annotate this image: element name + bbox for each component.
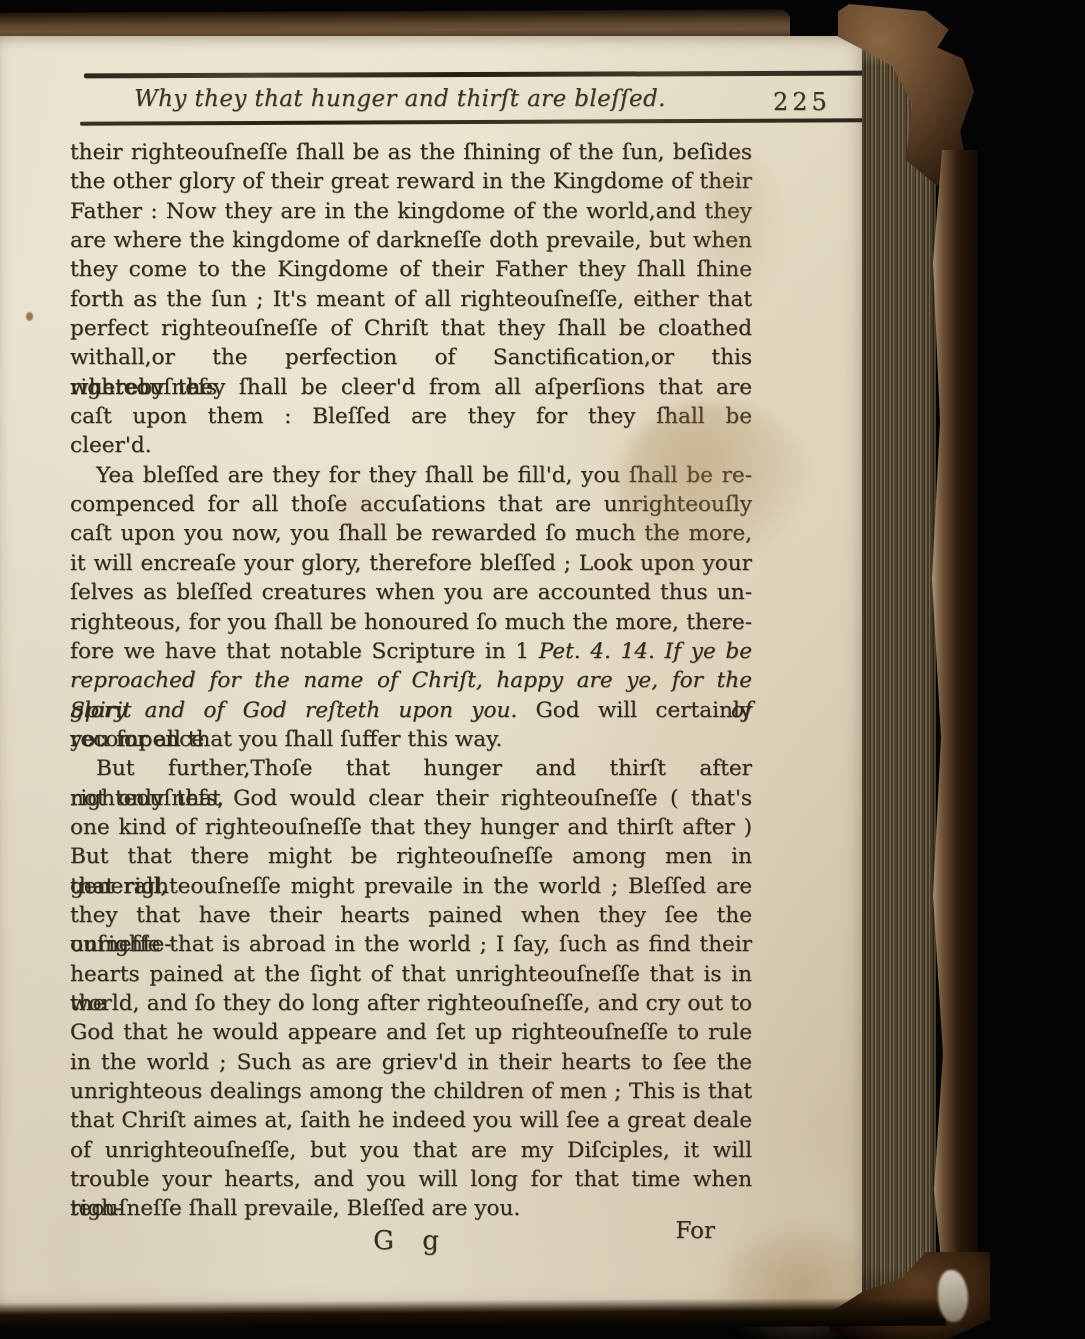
text-line: world, and ſo they do long after righteo…: [70, 989, 752, 1018]
text-segment: they come to the Kingdome of their Fathe…: [70, 257, 752, 282]
text-line: ſelves as bleſſed creatures when you are…: [70, 578, 752, 607]
text-segment: are where the kingdome of darkneſſe doth…: [70, 228, 752, 253]
header-rule-bottom: [80, 118, 864, 125]
text-line: reproached for the name of Chriſt, happy…: [70, 666, 752, 695]
text-line: that Chriſt aimes at, ſaith he indeed yo…: [70, 1106, 752, 1135]
text-line: in the world ; Such as are griev'd in th…: [70, 1048, 752, 1077]
text-segment: ſelves as bleſſed creatures when you are…: [70, 580, 752, 605]
text-line: one kind of righteouſneſſe that they hun…: [70, 813, 752, 842]
text-segment: the other glory of their great reward in…: [70, 169, 752, 194]
book-page: Why they that hunger and thirſt are bleſ…: [0, 36, 868, 1318]
text-line: that righteouſneſſe might prevaile in th…: [70, 872, 752, 901]
text-segment: in the world ; Such as are griev'd in th…: [70, 1050, 752, 1075]
paper-stain: [688, 152, 783, 312]
text-line: you for all that you ſhall ſuffer this w…: [70, 725, 752, 754]
text-line: forth as the ſun ; It's meant of all rig…: [70, 285, 752, 314]
text-segment: that Chriſt aimes at, ſaith he indeed yo…: [70, 1108, 752, 1133]
text-line: ouſneſſe that is abroad in the world ; I…: [70, 930, 752, 959]
header-rule-top: [84, 71, 864, 78]
text-line: Father : Now they are in the kingdome of…: [70, 197, 752, 226]
text-line: perfect righteouſneſſe of Chriſt that th…: [70, 314, 752, 343]
text-segment: not only that God would clear their righ…: [70, 786, 752, 811]
text-segment: you for all that you ſhall ſuffer this w…: [70, 727, 502, 752]
text-line: they that have their hearts pained when …: [70, 901, 752, 930]
text-segment: unrighteous dealings among the children …: [70, 1079, 752, 1104]
text-line: But further,Thoſe that hunger and thirſt…: [70, 754, 752, 783]
text-segment: fore we have that notable Scripture in 1: [70, 639, 539, 664]
text-line: unrighteous dealings among the children …: [70, 1077, 752, 1106]
text-line: trouble your hearts, and you will long f…: [70, 1165, 752, 1194]
text-line: their righteouſneſſe ſhall be as the ſhi…: [70, 138, 752, 167]
text-segment: God that he would appeare and ſet up rig…: [70, 1020, 752, 1045]
page-number: 225: [773, 88, 831, 116]
text-segment: world, and ſo they do long after righteo…: [70, 991, 752, 1016]
text-segment: Father : Now they are in the kingdome of…: [70, 199, 752, 224]
text-line: glory and of God reſteth upon you. God w…: [70, 696, 752, 725]
book-scan: Why they that hunger and thirſt are bleſ…: [0, 0, 1085, 1339]
text-segment: that righteouſneſſe might prevaile in th…: [70, 874, 752, 899]
text-segment: glory and of God reſteth upon you.: [70, 698, 517, 723]
text-line: whereby they ſhall be cleer'd from all a…: [70, 373, 752, 402]
catchword: For: [70, 1218, 715, 1244]
text-segment: perfect righteouſneſſe of Chriſt that th…: [70, 316, 752, 341]
text-line: fore we have that notable Scripture in 1…: [70, 637, 752, 666]
text-segment: one kind of righteouſneſſe that they hun…: [70, 815, 752, 840]
margin-speck: [26, 312, 33, 321]
text-segment: Pet. 4. 14. If ye be: [539, 639, 752, 664]
text-line: God that he would appeare and ſet up rig…: [70, 1018, 752, 1047]
text-segment: cleer'd.: [70, 433, 152, 458]
body-text: their righteouſneſſe ſhall be as the ſhi…: [70, 138, 752, 1224]
paper-stain: [300, 466, 420, 556]
text-line: of unrighteouſneſſe, but you that are my…: [70, 1136, 752, 1165]
text-segment: whereby they ſhall be cleer'd from all a…: [70, 375, 752, 400]
text-line: the other glory of their great reward in…: [70, 167, 752, 196]
running-title: Why they that hunger and thirſt are bleſ…: [40, 84, 760, 114]
text-line: not only that God would clear their righ…: [70, 784, 752, 813]
text-line: withall,or the perfection of Sanctificat…: [70, 343, 752, 372]
text-segment: their righteouſneſſe ſhall be as the ſhi…: [70, 140, 752, 165]
text-segment: of unrighteouſneſſe, but you that are my…: [70, 1138, 752, 1163]
paper-stain: [616, 402, 811, 577]
fore-edge-pages: [862, 28, 936, 1318]
text-line: hearts pained at the ſight of that unrig…: [70, 960, 752, 989]
bottom-edge-shadow: [0, 1298, 946, 1331]
text-line: are where the kingdome of darkneſſe doth…: [70, 226, 752, 255]
text-line: But that there might be righteouſneſſe a…: [70, 842, 752, 871]
text-segment: ouſneſſe that is abroad in the world ; I…: [70, 932, 752, 957]
text-segment: righteous, for you ſhall be honoured ſo …: [70, 610, 752, 635]
text-segment: forth as the ſun ; It's meant of all rig…: [70, 287, 752, 312]
text-line: righteous, for you ſhall be honoured ſo …: [70, 608, 752, 637]
text-line: they come to the Kingdome of their Fathe…: [70, 255, 752, 284]
